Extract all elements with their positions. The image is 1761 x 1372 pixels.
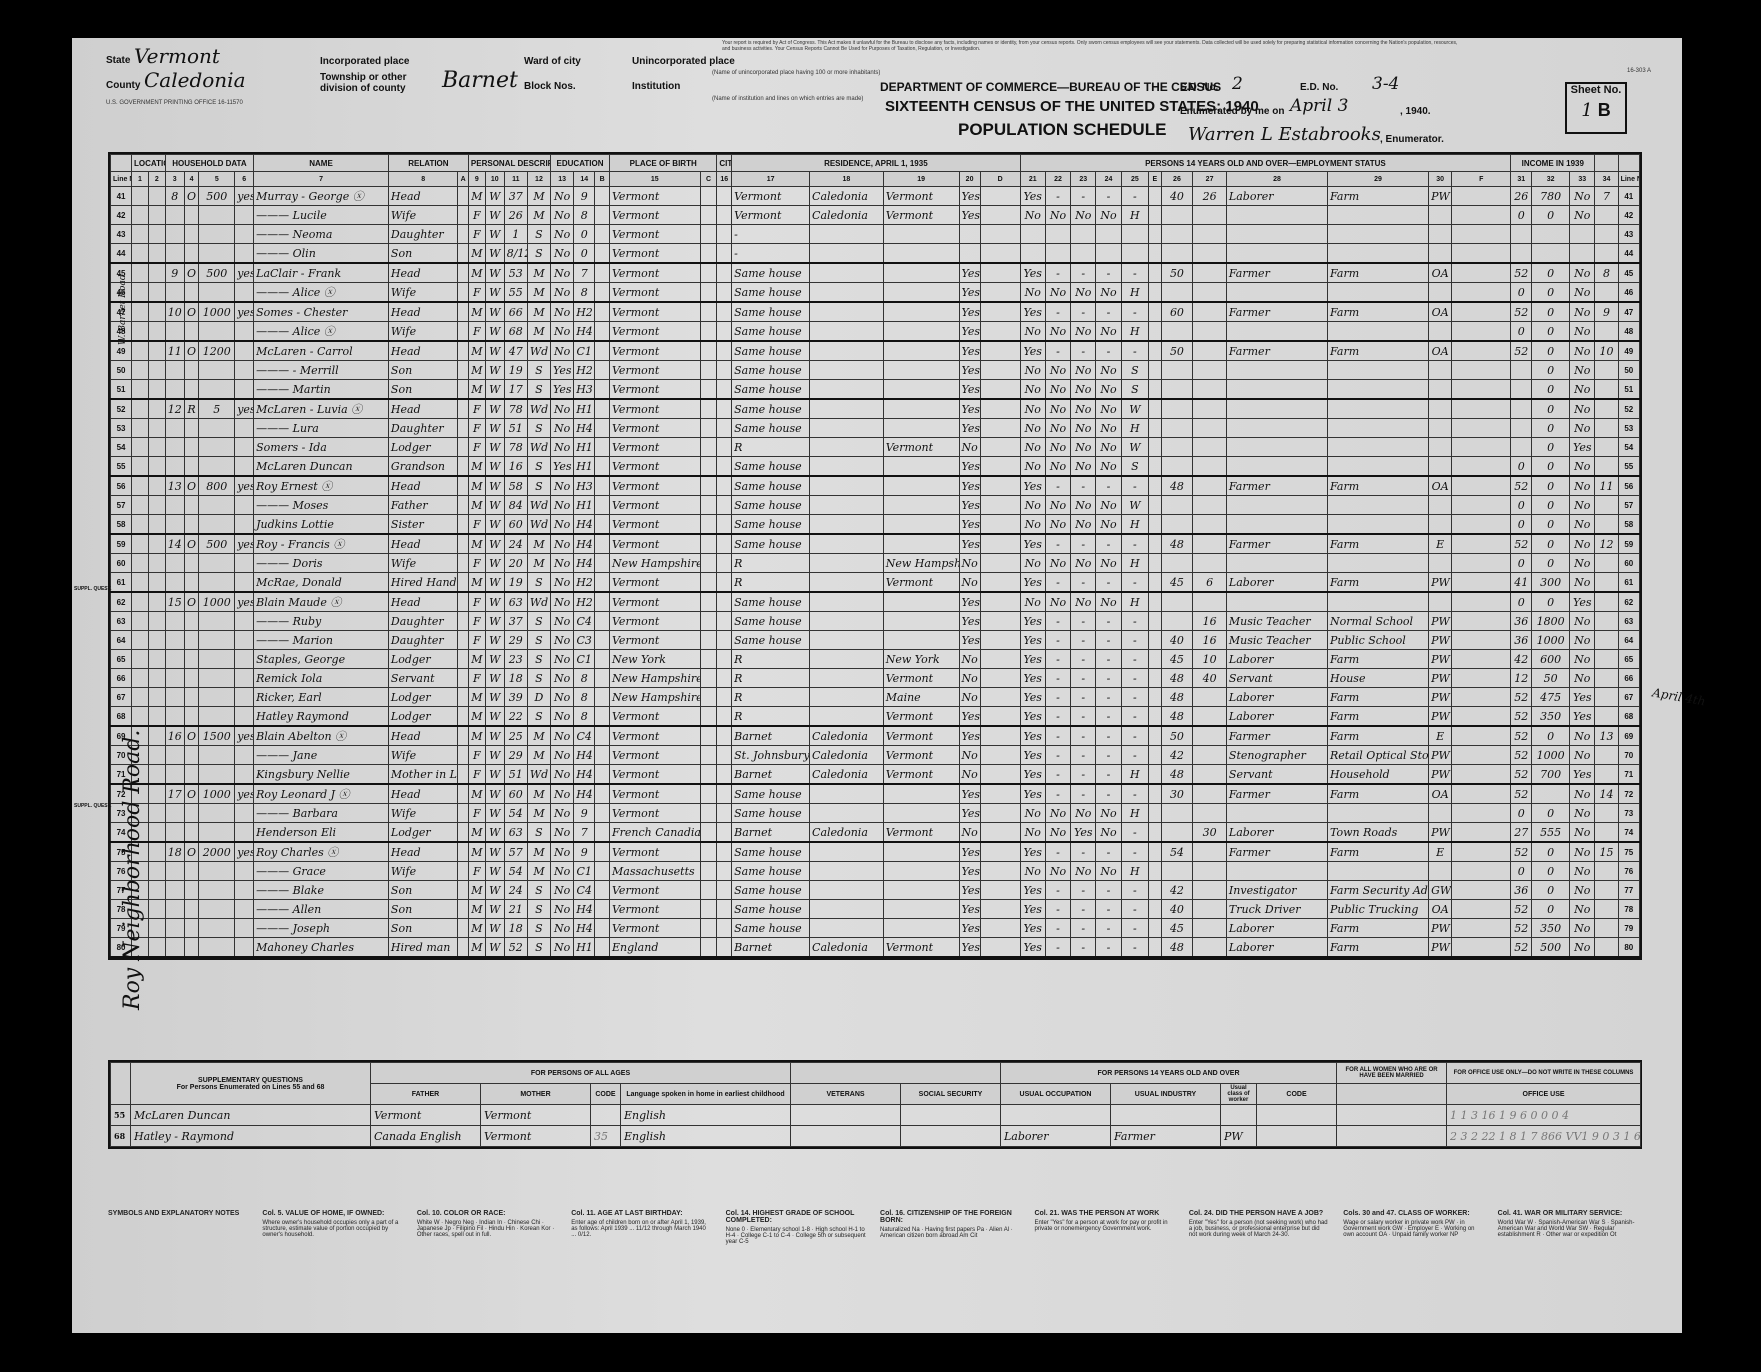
code-cell [1149,573,1162,593]
county-label: County [106,80,140,91]
age-cell: 63 [504,592,527,612]
age-cell: 20 [504,554,527,573]
weeks-unemp-cell: 16 [1193,631,1227,650]
class-cell: OA [1429,263,1452,283]
line-number-right: 62 [1618,592,1639,612]
street-cell [132,361,149,380]
state35-cell: New Hampshire [883,554,959,573]
code-cell [700,573,717,593]
code-cell [717,476,732,496]
sex-cell: M [468,842,485,862]
code-cell [458,399,469,419]
city-cell: Same house [732,900,810,919]
value-cell [199,283,235,303]
farm35-cell: Yes [959,322,980,342]
c24-cell: No [1096,515,1121,535]
school-cell: Yes [551,457,574,477]
code-cell [595,765,610,785]
farm-cell [235,938,254,958]
own-cell [184,612,199,631]
farm-sched-cell [1595,380,1618,400]
wages-cell: 780 [1532,187,1570,206]
farm35-cell: No [959,554,980,573]
code-cell [595,726,610,746]
c21-cell: Yes [1020,881,1045,900]
code-cell [980,746,1020,765]
supp-row-68: 68 Hatley - Raymond Canada English Vermo… [111,1126,1641,1147]
line-number-right: 53 [1618,419,1639,438]
enumerated-label: Enumerated by me on [1180,106,1284,117]
weeks-unemp-cell: 30 [1193,823,1227,843]
column-number: 31 [1511,172,1532,187]
grade-cell: 9 [574,804,595,823]
birth-cell: Vermont [610,573,701,593]
code-cell [980,515,1020,535]
hours-cell: 48 [1161,476,1193,496]
code-cell [458,515,469,535]
weeks-unemp-cell [1193,804,1227,823]
industry-cell [1328,206,1429,225]
code-cell [700,534,717,554]
other-inc-cell: No [1570,669,1595,688]
hours-cell [1161,361,1193,380]
county-cell [810,302,884,322]
grade-cell: C1 [574,862,595,881]
farm-sched-cell: 9 [1595,302,1618,322]
value-cell: 1000 [199,302,235,322]
own-cell [184,419,199,438]
c22-cell: - [1045,187,1070,206]
hours-cell: 48 [1161,707,1193,727]
weeks-cell [1511,244,1532,264]
farm-sched-cell [1595,688,1618,707]
city-cell: Same house [732,496,810,515]
weeks-unemp-cell [1193,862,1227,881]
c25-cell: - [1121,302,1148,322]
county-cell [810,244,884,264]
race-cell: W [485,263,504,283]
rel-cell: Wife [388,206,457,225]
birth-cell: Vermont [610,707,701,727]
other-inc-cell: No [1570,515,1595,535]
house-number-cell [148,592,165,612]
c25-cell: - [1121,842,1148,862]
sex-cell: F [468,515,485,535]
school-cell: No [551,322,574,342]
grade-cell: H1 [574,496,595,515]
c22-cell: - [1045,900,1070,919]
marital-cell: S [527,476,550,496]
c23-cell: - [1071,746,1096,765]
rel-cell: Head [388,399,457,419]
occupation-cell: Farmer [1226,302,1327,322]
own-cell: R [184,399,199,419]
c25-cell: H [1121,283,1148,303]
name-cell: LaClair - Frank [254,263,389,283]
marital-cell: M [527,302,550,322]
hours-cell [1161,322,1193,342]
industry-cell: Farm [1328,187,1429,206]
c24-cell: - [1096,612,1121,631]
code-cell [458,784,469,804]
c24-cell: - [1096,534,1121,554]
farm35-cell: Yes [959,862,980,881]
marital-cell: S [527,938,550,958]
street-cell [132,631,149,650]
c25-cell: - [1121,187,1148,206]
class-cell [1429,322,1452,342]
c21-cell: No [1020,399,1045,419]
name-cell: Blain Maude ⓧ [254,592,389,612]
code-cell [717,554,732,573]
hh-cell [165,283,184,303]
farm-sched-cell: 15 [1595,842,1618,862]
house-number-cell [148,726,165,746]
code-cell [458,726,469,746]
other-inc-cell: No [1570,881,1595,900]
weeks-cell: 0 [1511,322,1532,342]
c21-cell: No [1020,496,1045,515]
state35-cell [883,457,959,477]
note-text: Where owner's household occupies only a … [262,1220,402,1238]
occupation-cell: Farmer [1226,263,1327,283]
rel-cell: Daughter [388,631,457,650]
birth-cell: Vermont [610,399,701,419]
race-cell: W [485,515,504,535]
line-number-right: 72 [1618,784,1639,804]
code-cell [700,919,717,938]
hh-cell [165,669,184,688]
supp-h-tongue: Language spoken in home in earliest chil… [621,1084,791,1105]
c25-cell: - [1121,784,1148,804]
line-number-right: 52 [1618,399,1639,419]
weeks-unemp-cell [1193,881,1227,900]
occupation-cell [1226,804,1327,823]
table-row: 66Remick IolaServantFW18SNo8New Hampshir… [111,669,1640,688]
line-number-right: 63 [1618,612,1639,631]
line-number-right: 61 [1618,573,1639,593]
age-cell: 22 [504,707,527,727]
code-cell [1452,726,1511,746]
city-cell: Same house [732,457,810,477]
c23-cell [1071,225,1096,244]
code-cell [717,650,732,669]
code-cell [700,669,717,688]
value-cell [199,496,235,515]
c23-cell: No [1071,496,1096,515]
hh-cell [165,707,184,727]
code-cell [980,263,1020,283]
school-cell: No [551,726,574,746]
rel-cell: Head [388,592,457,612]
weeks-unemp-cell [1193,726,1227,746]
hours-cell [1161,862,1193,881]
code-cell [1452,244,1511,264]
code-cell [1452,225,1511,244]
value-cell: 1200 [199,341,235,361]
code-cell [595,515,610,535]
farm-sched-cell [1595,823,1618,843]
c23-cell: - [1071,612,1096,631]
c21-cell: No [1020,592,1045,612]
code-cell [717,862,732,881]
grade-cell: H3 [574,476,595,496]
code-cell [595,380,610,400]
state35-cell [883,919,959,938]
value-cell [199,419,235,438]
table-row: 4710O1000yesSomes - ChesterHeadMW66MNoH2… [111,302,1640,322]
class-cell [1429,283,1452,303]
c21-cell: Yes [1020,919,1045,938]
school-cell: No [551,631,574,650]
other-inc-cell: No [1570,784,1595,804]
house-number-cell [148,419,165,438]
other-inc-cell: No [1570,361,1595,380]
code-cell [700,399,717,419]
house-number-cell [148,554,165,573]
c25-cell: - [1121,573,1148,593]
state35-cell: Vermont [883,206,959,225]
farm35-cell: Yes [959,187,980,206]
code-cell [1149,707,1162,727]
age-cell: 37 [504,187,527,206]
name-cell: Somers - Ida [254,438,389,457]
hours-cell: 48 [1161,534,1193,554]
code-cell [717,225,732,244]
sex-cell: F [468,322,485,342]
weeks-cell: 36 [1511,631,1532,650]
grade-cell: C4 [574,881,595,900]
code-cell [1452,302,1511,322]
wages-cell: 0 [1532,515,1570,535]
c22-cell: - [1045,842,1070,862]
code-cell [980,187,1020,206]
race-cell: W [485,592,504,612]
other-inc-cell: Yes [1570,688,1595,707]
value-cell: 2000 [199,842,235,862]
marital-cell: M [527,842,550,862]
name-cell: Roy Charles ⓧ [254,842,389,862]
birth-cell: Vermont [610,419,701,438]
supp-h-women [1337,1084,1447,1105]
house-number-cell [148,206,165,225]
c21-cell: Yes [1020,263,1045,283]
code-cell [980,457,1020,477]
code-cell [700,612,717,631]
hh-cell [165,380,184,400]
hh-cell [165,823,184,843]
group-personal: PERSONAL DESCRIPTION [468,155,550,172]
county-cell [810,573,884,593]
explanatory-notes: SYMBOLS AND EXPLANATORY NOTESCol. 5. VAL… [108,1210,1638,1320]
c25-cell: W [1121,438,1148,457]
industry-cell [1328,515,1429,535]
street-cell [132,187,149,206]
c23-cell: No [1071,380,1096,400]
farm-sched-cell [1595,765,1618,785]
weeks-cell: 52 [1511,765,1532,785]
c25-cell: H [1121,804,1148,823]
own-cell [184,862,199,881]
code-cell [458,707,469,727]
line-number-right: 77 [1618,881,1639,900]
line-number: 41 [111,187,132,206]
occupation-cell: Farmer [1226,726,1327,746]
c22-cell: No [1045,804,1070,823]
weeks-cell: 0 [1511,862,1532,881]
race-cell: W [485,534,504,554]
wages-cell: 0 [1532,438,1570,457]
table-row: 5212R5yesMcLaren - Luvia ⓧHeadFW78WdNoH1… [111,399,1640,419]
farm35-cell: Yes [959,534,980,554]
grade-cell: H1 [574,399,595,419]
class-cell [1429,225,1452,244]
weeks-cell: 52 [1511,534,1532,554]
value-cell [199,746,235,765]
c23-cell: No [1071,399,1096,419]
weeks-cell: 0 [1511,206,1532,225]
race-cell: W [485,612,504,631]
code-cell [700,322,717,342]
wages-cell [1532,225,1570,244]
occupation-cell [1226,515,1327,535]
line-number-right: 54 [1618,438,1639,457]
code-cell [980,726,1020,746]
wages-cell: 475 [1532,688,1570,707]
birth-cell: Vermont [610,302,701,322]
c22-cell: - [1045,919,1070,938]
name-cell: ——— Lura [254,419,389,438]
city-cell: Same house [732,842,810,862]
occupation-cell: Laborer [1226,823,1327,843]
birth-cell: New Hampshire [610,554,701,573]
house-number-cell [148,746,165,765]
county-cell [810,534,884,554]
other-inc-cell: No [1570,187,1595,206]
house-number-cell [148,650,165,669]
unincorporated-note: (Name of unincorporated place having 100… [712,70,880,76]
code-cell [700,900,717,919]
grade-cell: H4 [574,419,595,438]
race-cell: W [485,919,504,938]
other-inc-cell: No [1570,746,1595,765]
own-cell [184,438,199,457]
county-cell [810,592,884,612]
farm35-cell: No [959,573,980,593]
line-number: 61 [111,573,132,593]
marital-cell: S [527,881,550,900]
value-cell: 500 [199,534,235,554]
supp-office: 1 1 3 16 1 9 6 0 0 0 4 [1447,1105,1641,1126]
rel-cell: Wife [388,554,457,573]
age-cell: 16 [504,457,527,477]
line-number-right: 41 [1618,187,1639,206]
c21-cell: Yes [1020,938,1045,958]
c22-cell: - [1045,688,1070,707]
value-cell [199,631,235,650]
line-number: 67 [111,688,132,707]
supp-row-55: 55 McLaren Duncan Vermont Vermont Englis… [111,1105,1641,1126]
farm35-cell: Yes [959,900,980,919]
farm35-cell: Yes [959,592,980,612]
farm-sched-cell: 14 [1595,784,1618,804]
age-cell: 58 [504,476,527,496]
birth-cell: Vermont [610,881,701,900]
marital-cell: Wd [527,399,550,419]
note-text: Wage or salary worker in private work PW… [1343,1220,1483,1238]
code-cell [980,244,1020,264]
supp-h-occupation: USUAL OCCUPATION [1001,1084,1111,1105]
grade-cell: 7 [574,263,595,283]
birth-cell: Vermont [610,263,701,283]
farm35-cell: No [959,765,980,785]
farm-sched-cell: 13 [1595,726,1618,746]
code-cell [458,263,469,283]
birth-cell: Vermont [610,842,701,862]
age-cell: 63 [504,823,527,843]
rel-cell: Head [388,341,457,361]
birth-cell: Vermont [610,361,701,380]
state35-cell [883,380,959,400]
value-cell [199,804,235,823]
c21-cell: No [1020,823,1045,843]
supp-group-all-ages: FOR PERSONS OF ALL AGES [371,1063,791,1084]
age-cell: 29 [504,746,527,765]
city-cell: Barnet [732,726,810,746]
note-heading: Col. 21. WAS THE PERSON AT WORK [1034,1210,1174,1217]
code-cell [717,534,732,554]
sex-cell: F [468,669,485,688]
code-cell [980,881,1020,900]
code-cell [717,919,732,938]
farm-sched-cell [1595,244,1618,264]
class-cell: PW [1429,187,1452,206]
city-cell: Barnet [732,938,810,958]
hh-cell [165,225,184,244]
farm35-cell: Yes [959,707,980,727]
column-number: 23 [1071,172,1096,187]
grade-cell: H1 [574,938,595,958]
wages-cell: 0 [1532,302,1570,322]
marital-cell: S [527,612,550,631]
own-cell [184,206,199,225]
school-cell: No [551,419,574,438]
age-cell: 66 [504,302,527,322]
line-number: 51 [111,380,132,400]
supp-title: SUPPLEMENTARY QUESTIONS [134,1077,367,1084]
farm-sched-cell [1595,938,1618,958]
c25-cell: H [1121,206,1148,225]
own-cell [184,361,199,380]
rel-cell: Son [388,919,457,938]
supp-code2 [1257,1105,1337,1126]
code-cell [980,361,1020,380]
weeks-unemp-cell: 6 [1193,573,1227,593]
city-cell: Same house [732,419,810,438]
county-cell [810,263,884,283]
race-cell: W [485,938,504,958]
school-cell: No [551,842,574,862]
school-cell: No [551,225,574,244]
rel-cell: Wife [388,283,457,303]
weeks-cell: 52 [1511,341,1532,361]
code-cell [1149,206,1162,225]
line-number: 55 [111,457,132,477]
grade-cell: C4 [574,612,595,631]
sd-label: S.D. No. [1180,82,1218,93]
c22-cell: No [1045,361,1070,380]
enumerator-signature: Warren L Estabrooks [1188,124,1381,145]
